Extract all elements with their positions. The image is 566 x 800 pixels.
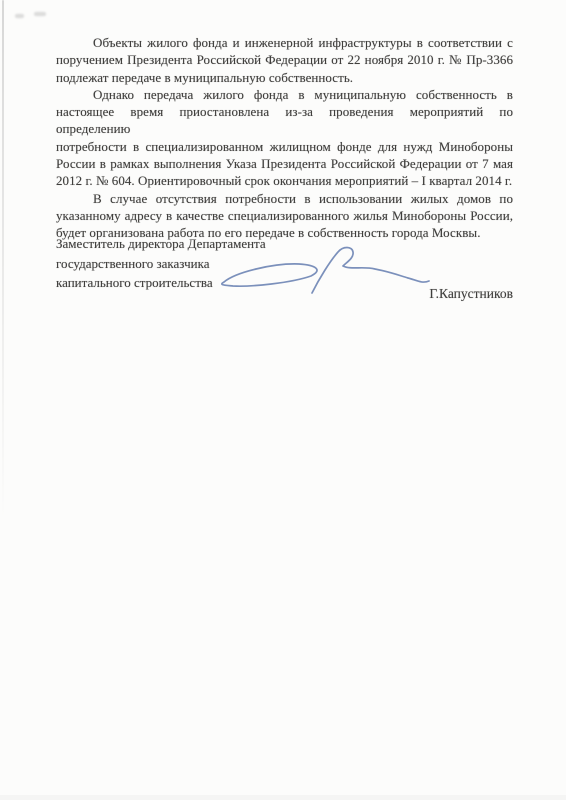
document-page: Объекты жилого фонда и инженерной инфрас… (0, 0, 566, 800)
paragraph-line: потребности в специализированном жилищно… (56, 138, 513, 155)
signer-title: Заместитель директора Департамента госуд… (56, 234, 356, 293)
letter-body: Объекты жилого фонда и инженерной инфрас… (56, 34, 513, 242)
paragraph-line: поручением Президента Российской Федерац… (56, 51, 513, 68)
paragraph-line: Объекты жилого фонда и инженерной инфрас… (56, 34, 513, 51)
signer-title-line: государственного заказчика (56, 254, 356, 274)
scan-smudge-artifact (15, 14, 24, 18)
scan-edge-artifact (2, 0, 4, 520)
paragraph-line: Однако передача жилого фонда в муниципал… (56, 86, 513, 103)
signer-name: Г.Капустников (56, 285, 513, 302)
paragraph-line: В случае отсутствия потребности в исполь… (56, 190, 513, 207)
paragraph-line: настоящее время приостановлена из-за про… (56, 103, 513, 138)
paragraph-line: 2012 г. № 604. Ориентировочный срок окон… (56, 172, 513, 189)
paragraph-line: указанному адресу в качестве специализир… (56, 207, 513, 224)
paragraph-line: подлежат передаче в муниципальную собств… (56, 69, 513, 86)
paragraph-line: России в рамках выполнения Указа Президе… (56, 155, 513, 172)
scan-bottom-edge-artifact (0, 795, 566, 800)
scan-smudge-artifact (34, 12, 46, 16)
signer-title-line: Заместитель директора Департамента (56, 234, 356, 254)
